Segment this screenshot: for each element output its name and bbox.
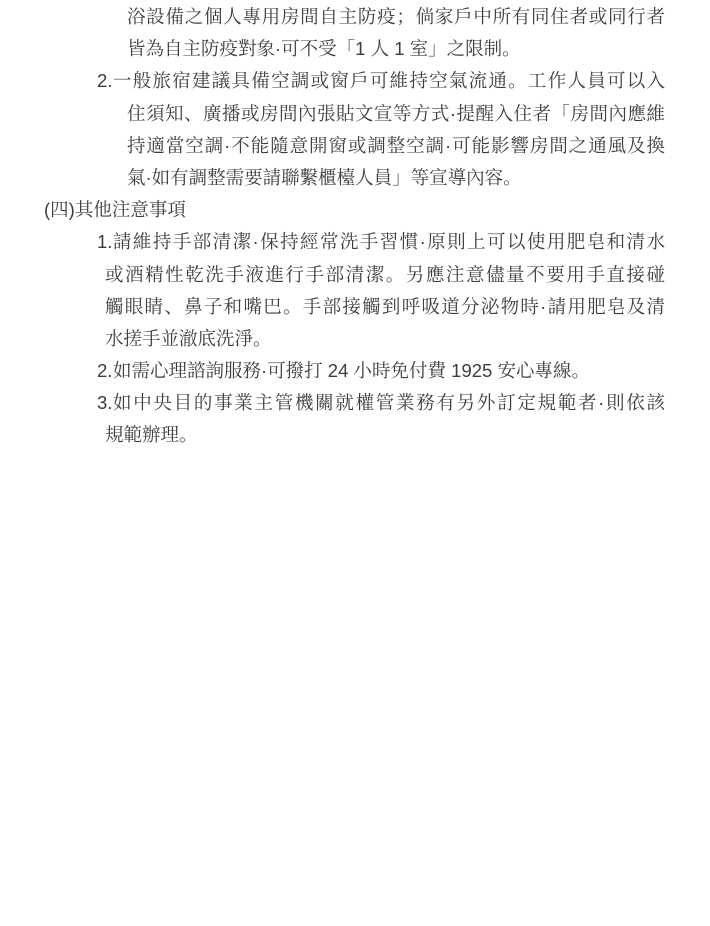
list-item-number: 1. — [97, 226, 112, 258]
section-heading: (四)其他注意事項 — [0, 194, 665, 226]
body-text-line: 觸眼睛、鼻子和嘴巴。手部接觸到呼吸道分泌物時·請用肥皂及清 — [0, 291, 665, 323]
document-body: 浴設備之個人專用房間自主防疫；倘家戶中所有同住者或同行者 皆為自主防疫對象·可不… — [0, 1, 710, 452]
list-item-text: 如中央目的事業主管機關就權管業務有另外訂定規範者·則依該 — [113, 392, 665, 413]
body-text-line: 皆為自主防疫對象·可不受「1 人 1 室」之限制。 — [0, 33, 665, 65]
list-item-number: 2. — [97, 355, 112, 387]
body-text-line: 浴設備之個人專用房間自主防疫；倘家戶中所有同住者或同行者 — [0, 1, 665, 33]
list-item-first-line: 3.如中央目的事業主管機關就權管業務有另外訂定規範者·則依該 — [0, 387, 665, 419]
paragraph-text: 浴設備之個人專用房間自主防疫；倘家戶中所有同住者或同行者 — [127, 6, 665, 27]
body-text-line: 持適當空調·不能隨意開窗或調整空調·可能影響房間之通風及換 — [0, 130, 665, 162]
list-item-text: 水搓手並澈底洗淨。 — [105, 328, 272, 349]
list-item-text: 住須知、廣播或房間內張貼文宣等方式·提醒入住者「房間內應維 — [127, 103, 665, 124]
paragraph-text: 皆為自主防疫對象·可不受「1 人 1 室」之限制。 — [127, 38, 521, 59]
list-item-text: 請維持手部清潔·保持經常洗手習慣·原則上可以使用肥皂和清水 — [113, 231, 665, 252]
list-item-first-line: 2.一般旅宿建議具備空調或窗戶可維持空氣流通。工作人員可以入 — [0, 65, 665, 97]
list-item-first-line: 1.請維持手部清潔·保持經常洗手習慣·原則上可以使用肥皂和清水 — [0, 226, 665, 258]
list-item-number: 3. — [97, 387, 112, 419]
body-text-line: 住須知、廣播或房間內張貼文宣等方式·提醒入住者「房間內應維 — [0, 98, 665, 130]
list-item-text: 或酒精性乾洗手液進行手部清潔。另應注意儘量不要用手直接碰 — [105, 264, 665, 285]
section-heading-text: (四)其他注意事項 — [44, 199, 186, 220]
list-item-text: 如需心理諮詢服務·可撥打 24 小時免付費 1925 安心專線。 — [113, 360, 590, 381]
body-text-line: 規範辦理。 — [0, 419, 665, 451]
list-item-text: 一般旅宿建議具備空調或窗戶可維持空氣流通。工作人員可以入 — [113, 70, 665, 91]
body-text-line: 氣·如有調整需要請聯繫櫃檯人員」等宣導內容。 — [0, 162, 665, 194]
list-item-first-line: 2.如需心理諮詢服務·可撥打 24 小時免付費 1925 安心專線。 — [0, 355, 665, 387]
list-item-text: 氣·如有調整需要請聯繫櫃檯人員」等宣導內容。 — [127, 167, 522, 188]
list-item-text: 規範辦理。 — [105, 424, 198, 445]
list-item-number: 2. — [97, 65, 112, 97]
body-text-line: 水搓手並澈底洗淨。 — [0, 323, 665, 355]
body-text-line: 或酒精性乾洗手液進行手部清潔。另應注意儘量不要用手直接碰 — [0, 259, 665, 291]
list-item-text: 觸眼睛、鼻子和嘴巴。手部接觸到呼吸道分泌物時·請用肥皂及清 — [105, 296, 665, 317]
list-item-text: 持適當空調·不能隨意開窗或調整空調·可能影響房間之通風及換 — [127, 135, 665, 156]
document-page: 浴設備之個人專用房間自主防疫；倘家戶中所有同住者或同行者 皆為自主防疫對象·可不… — [0, 0, 710, 926]
